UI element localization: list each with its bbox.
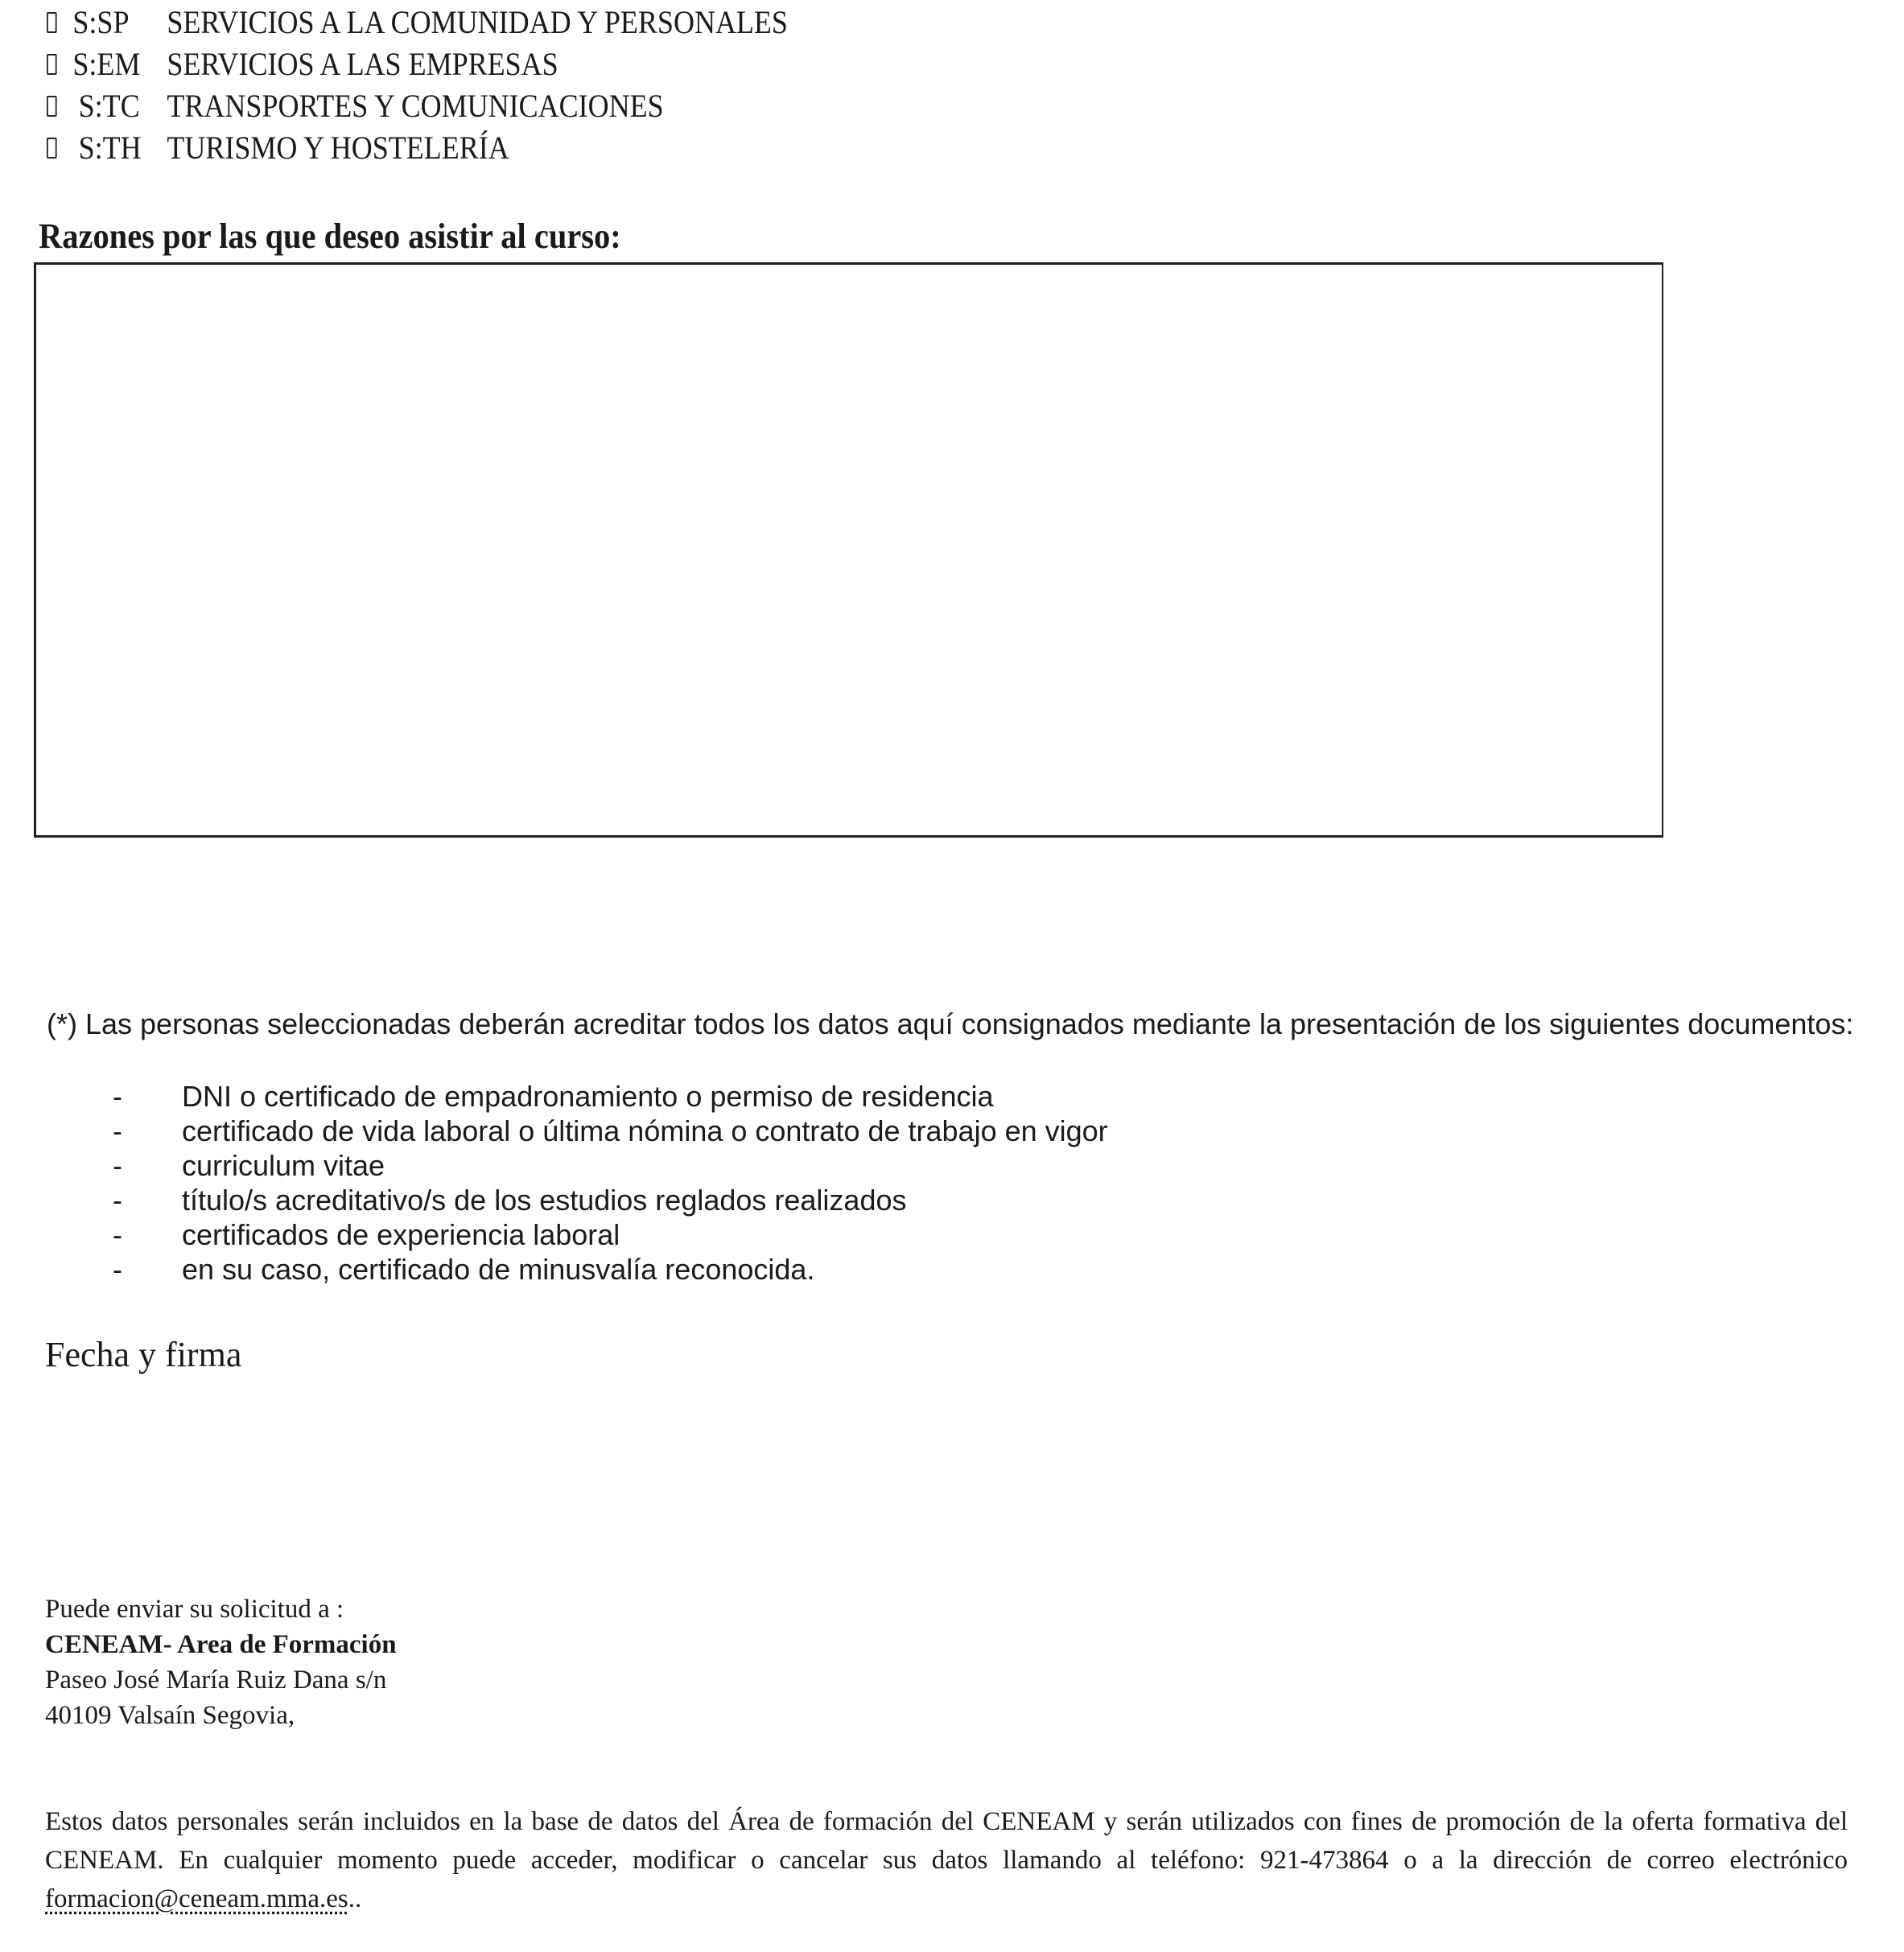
address-intro: Puede enviar su solicitud a : (45, 1592, 397, 1627)
document-label: título/s acreditativo/s de los estudios … (182, 1183, 907, 1217)
date-signature-label: Fecha y firma (45, 1334, 241, 1375)
privacy-text: Estos datos personales serán incluidos e… (45, 1807, 1848, 1875)
dash-bullet-icon: - (113, 1079, 122, 1114)
dash-bullet-icon: - (113, 1217, 122, 1252)
checkbox-icon[interactable] (47, 138, 57, 159)
dash-bullet-icon: - (113, 1252, 122, 1287)
checkbox-icon[interactable] (47, 54, 57, 75)
sector-code: S:TC (79, 85, 140, 127)
dash-bullet-icon: - (113, 1148, 122, 1183)
dash-bullet-icon: - (113, 1183, 122, 1217)
document-label: certificado de vida laboral o última nóm… (182, 1114, 1108, 1148)
address-city: 40109 Valsaín Segovia, (45, 1698, 397, 1733)
privacy-notice: Estos datos personales serán incluidos e… (45, 1802, 1848, 1918)
document-label: en su caso, certificado de minusvalía re… (182, 1252, 814, 1287)
checkbox-icon[interactable] (47, 96, 57, 117)
sector-code: S:EM (72, 43, 140, 85)
reasons-heading: Razones por las que deseo asistir al cur… (39, 216, 621, 257)
mailing-address: Puede enviar su solicitud a : CENEAM- Ar… (45, 1592, 397, 1733)
email-link[interactable]: formacion@ceneam.mma.es (45, 1884, 348, 1913)
document-label: certificados de experiencia laboral (182, 1217, 620, 1252)
document-label: curriculum vitae (182, 1148, 385, 1183)
checkbox-icon[interactable] (47, 12, 57, 33)
privacy-text-end: .. (348, 1884, 362, 1913)
sector-name: TURISMO Y HOSTELERÍA (167, 127, 509, 169)
sector-name: SERVICIOS A LAS EMPRESAS (167, 43, 558, 85)
sector-code: S:SP (72, 2, 129, 43)
dash-bullet-icon: - (113, 1114, 122, 1148)
sector-code: S:TH (79, 127, 142, 169)
reasons-textbox[interactable] (34, 262, 1663, 838)
sector-name: TRANSPORTES Y COMUNICACIONES (167, 85, 663, 127)
address-street: Paseo José María Ruiz Dana s/n (45, 1662, 397, 1698)
sector-name: SERVICIOS A LA COMUNIDAD Y PERSONALES (167, 2, 788, 43)
address-organization: CENEAM- Area de Formación (45, 1627, 397, 1662)
document-label: DNI o certificado de empadronamiento o p… (182, 1079, 994, 1114)
documents-note: (*) Las personas seleccionadas deberán a… (47, 1007, 1867, 1041)
